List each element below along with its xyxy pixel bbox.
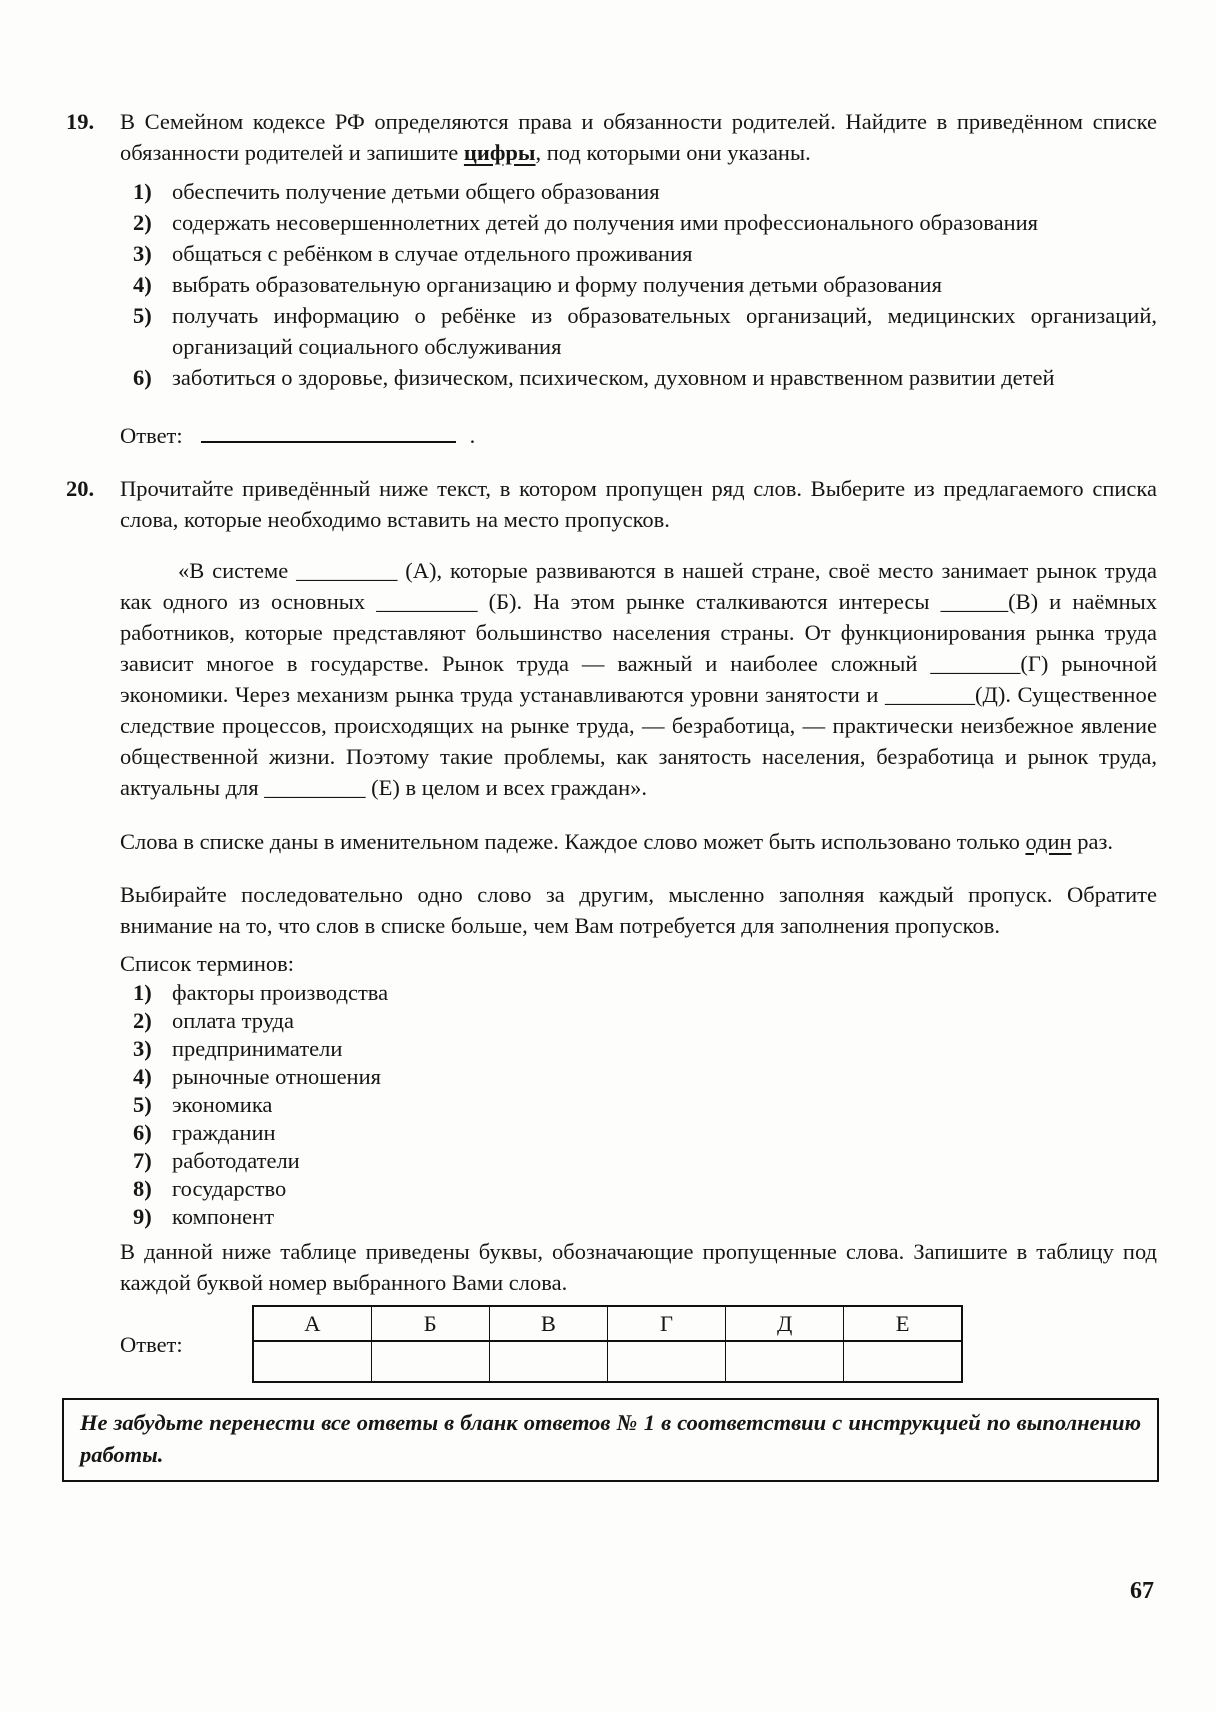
- term-number: 1): [120, 979, 172, 1007]
- term-number: 7): [120, 1147, 172, 1175]
- exam-page: 19. В Семейном кодексе РФ определяются п…: [0, 0, 1216, 1712]
- term-row: 2) оплата труда: [120, 1007, 1157, 1035]
- option-text: получать информацию о ребёнке из образов…: [172, 300, 1157, 362]
- answer-table-cell[interactable]: [607, 1341, 725, 1382]
- term-text: гражданин: [172, 1119, 276, 1147]
- transfer-notice-box: Не забудьте перенести все ответы в бланк…: [62, 1398, 1159, 1482]
- option-text: выбрать образовательную организацию и фо…: [172, 269, 1157, 300]
- question-19-number: 19.: [66, 106, 120, 451]
- answer-table-header: Б: [371, 1306, 489, 1341]
- term-row: 8) государство: [120, 1175, 1157, 1203]
- answer-table-value-row: [253, 1341, 962, 1382]
- answer-table-cell[interactable]: [844, 1341, 962, 1382]
- term-row: 1) факторы производства: [120, 979, 1157, 1007]
- answer-blank-field[interactable]: [201, 419, 456, 443]
- option-row: 1) обеспечить получение детьми общего об…: [120, 176, 1157, 207]
- option-number: 1): [120, 176, 172, 207]
- terms-list: 1) факторы производства 2) оплата труда …: [120, 979, 1157, 1231]
- question-19-intro: В Семейном кодексе РФ определяются права…: [120, 106, 1157, 168]
- answer-table-header: Г: [607, 1306, 725, 1341]
- answer-label: Ответ:: [120, 1329, 252, 1360]
- term-text: рыночные отношения: [172, 1063, 381, 1091]
- option-text: общаться с ребёнком в случае отдельного …: [172, 238, 1157, 269]
- term-number: 3): [120, 1035, 172, 1063]
- question-19-options: 1) обеспечить получение детьми общего об…: [120, 176, 1157, 393]
- answer-table-header: Е: [844, 1306, 962, 1341]
- answer-table: А Б В Г Д Е: [252, 1305, 963, 1383]
- option-row: 4) выбрать образовательную организацию и…: [120, 269, 1157, 300]
- term-row: 6) гражданин: [120, 1119, 1157, 1147]
- terms-title: Список терминов:: [120, 948, 1157, 979]
- answer-table-header: Д: [726, 1306, 844, 1341]
- term-text: факторы производства: [172, 979, 388, 1007]
- term-number: 2): [120, 1007, 172, 1035]
- answer-table-header: В: [489, 1306, 607, 1341]
- term-text: экономика: [172, 1091, 272, 1119]
- answer-table-cell[interactable]: [726, 1341, 844, 1382]
- transfer-notice-text: Не забудьте перенести все ответы в бланк…: [80, 1410, 1141, 1467]
- option-row: 6) заботиться о здоровье, физическом, пс…: [120, 362, 1157, 393]
- question-19-body: В Семейном кодексе РФ определяются права…: [120, 106, 1157, 451]
- note1-after: раз.: [1072, 829, 1113, 854]
- answer-table-cell[interactable]: [253, 1341, 371, 1382]
- note1-emphasis: один: [1025, 829, 1071, 854]
- answer-table-cell[interactable]: [489, 1341, 607, 1382]
- option-row: 2) содержать несовершеннолетних детей до…: [120, 207, 1157, 238]
- option-row: 5) получать информацию о ребёнке из обра…: [120, 300, 1157, 362]
- term-row: 5) экономика: [120, 1091, 1157, 1119]
- option-text: обеспечить получение детьми общего образ…: [172, 176, 1157, 207]
- question-20-body: Прочитайте приведённый ниже текст, в кот…: [120, 473, 1157, 1383]
- term-text: оплата труда: [172, 1007, 294, 1035]
- question-20-note2: Выбирайте последовательно одно слово за …: [120, 879, 1157, 941]
- term-row: 4) рыночные отношения: [120, 1063, 1157, 1091]
- note1-before: Слова в списке даны в именительном падеж…: [120, 829, 1025, 854]
- term-number: 9): [120, 1203, 172, 1231]
- term-text: государство: [172, 1175, 286, 1203]
- question-20-number: 20.: [66, 473, 120, 1383]
- option-number: 2): [120, 207, 172, 238]
- term-number: 6): [120, 1119, 172, 1147]
- option-number: 5): [120, 300, 172, 362]
- option-text: заботиться о здоровье, физическом, психи…: [172, 362, 1157, 393]
- answer-period: .: [470, 423, 476, 448]
- option-row: 3) общаться с ребёнком в случае отдельно…: [120, 238, 1157, 269]
- term-number: 8): [120, 1175, 172, 1203]
- question-20-note1: Слова в списке даны в именительном падеж…: [120, 826, 1157, 857]
- term-row: 3) предприниматели: [120, 1035, 1157, 1063]
- page-number: 67: [1130, 1576, 1154, 1607]
- question-20-intro: Прочитайте приведённый ниже текст, в кот…: [120, 473, 1157, 535]
- question-19-intro-emphasis: цифры: [464, 140, 536, 165]
- answer-label: Ответ:: [120, 423, 183, 448]
- question-19-intro-after: , под которыми они указаны.: [536, 140, 811, 165]
- term-text: компонент: [172, 1203, 274, 1231]
- question-20-answer: Ответ: А Б В Г Д Е: [120, 1305, 1157, 1383]
- option-number: 4): [120, 269, 172, 300]
- answer-table-cell[interactable]: [371, 1341, 489, 1382]
- term-number: 5): [120, 1091, 172, 1119]
- question-20-table-note: В данной ниже таблице приведены буквы, о…: [120, 1236, 1157, 1298]
- question-19-answer: Ответ:.: [120, 419, 1157, 451]
- question-19: 19. В Семейном кодексе РФ определяются п…: [66, 106, 1157, 451]
- answer-table-header-row: А Б В Г Д Е: [253, 1306, 962, 1341]
- term-text: работодатели: [172, 1147, 300, 1175]
- option-text: содержать несовершеннолетних детей до по…: [172, 207, 1157, 238]
- term-number: 4): [120, 1063, 172, 1091]
- question-20-passage: «В системе _________ (А), которые развив…: [120, 555, 1157, 803]
- term-row: 7) работодатели: [120, 1147, 1157, 1175]
- option-number: 3): [120, 238, 172, 269]
- question-20: 20. Прочитайте приведённый ниже текст, в…: [66, 473, 1157, 1383]
- term-row: 9) компонент: [120, 1203, 1157, 1231]
- term-text: предприниматели: [172, 1035, 342, 1063]
- option-number: 6): [120, 362, 172, 393]
- answer-table-header: А: [253, 1306, 371, 1341]
